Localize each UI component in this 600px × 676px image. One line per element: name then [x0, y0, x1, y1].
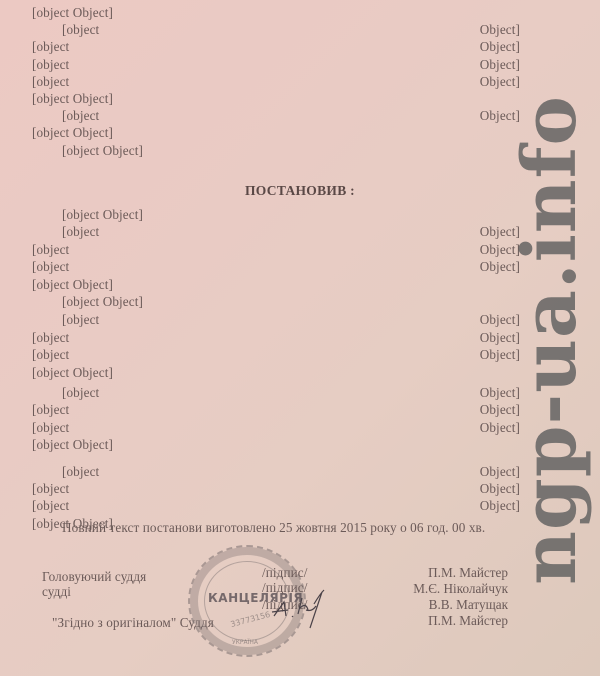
- text-line: [object Object]: [62, 311, 520, 328]
- text-line: [object Object]: [32, 276, 113, 293]
- text-line: [object Object]: [32, 497, 520, 514]
- ruling-heading: ПОСТАНОВИВ :: [0, 183, 600, 199]
- court-ruling-document: [object Object][object Object][object Ob…: [0, 0, 600, 676]
- text-line: [object Object]: [62, 384, 520, 401]
- text-line: [object Object]: [32, 4, 113, 21]
- text-line: [object Object]: [62, 463, 520, 480]
- text-line: [object Object]: [32, 329, 520, 346]
- full-text-date-note: Повний текст постанови виготовлено 25 жо…: [62, 519, 485, 536]
- judges-label: судді: [42, 583, 71, 600]
- text-line: [object Object]: [32, 38, 520, 55]
- text-line: [object Object]: [32, 241, 520, 258]
- text-line: [object Object]: [32, 346, 520, 363]
- handwritten-signature-icon: [270, 580, 345, 630]
- text-line: [object Object]: [32, 364, 113, 381]
- judge-name-2: М.Є. Ніколайчук: [413, 581, 508, 597]
- text-line: [object Object]: [32, 401, 520, 418]
- text-line: [object Object]: [32, 480, 520, 497]
- text-line: [object Object]: [32, 436, 113, 453]
- text-line: [object Object]: [62, 206, 143, 223]
- text-line: [object Object]: [32, 56, 520, 73]
- text-line: [object Object]: [62, 107, 520, 124]
- text-line: [object Object]: [62, 293, 143, 310]
- judge-name-3: В.В. Матущак: [429, 597, 508, 613]
- text-line: [object Object]: [32, 419, 520, 436]
- text-line: [object Object]: [62, 21, 520, 38]
- text-line: [object Object]: [32, 90, 113, 107]
- text-line: [object Object]: [62, 142, 143, 159]
- text-line: [object Object]: [32, 258, 520, 275]
- site-watermark: ngp-ua.info: [515, 30, 585, 650]
- judge-name-4: П.М. Майстер: [428, 613, 508, 629]
- judge-name-1: П.М. Майстер: [428, 565, 508, 581]
- stamp-country: УКРАЇНА: [232, 639, 258, 646]
- text-line: [object Object]: [32, 124, 113, 141]
- text-line: [object Object]: [62, 223, 520, 240]
- text-line: [object Object]: [32, 73, 520, 90]
